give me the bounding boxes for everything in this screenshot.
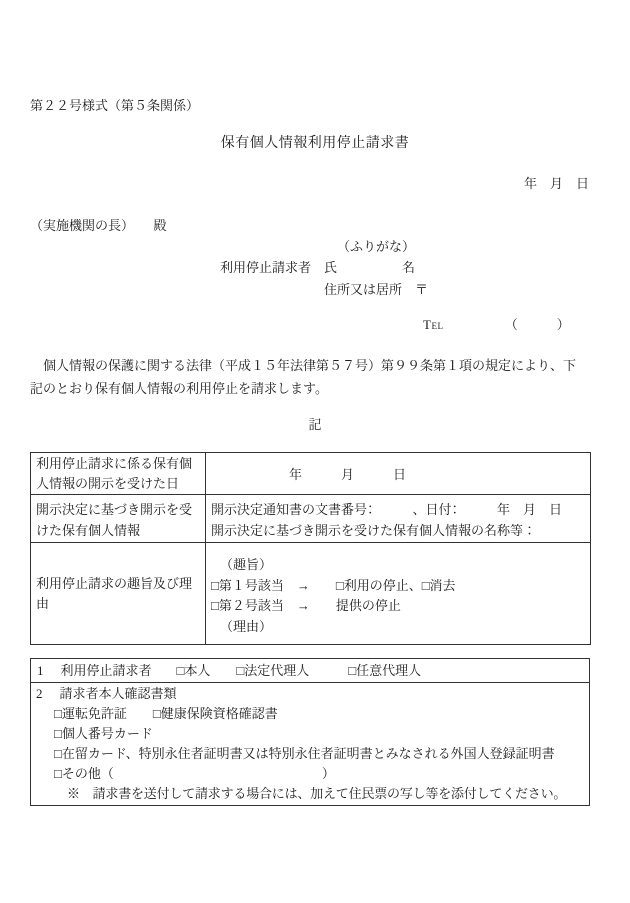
row-header-disclosure-date: 利用停止請求に係る保有個人情報の開示を受けた日	[31, 453, 206, 495]
body-paragraph-line-1: 個人情報の保護に関する法律（平成１５年法律第５７号）第９９条第１項の規定により、…	[30, 355, 576, 378]
checkbox-option-self: □本人	[177, 663, 211, 678]
requester-type-cell: 1利用停止請求者□本人□法定代理人□任意代理人	[31, 659, 590, 683]
identity-documents-label: 請求者本人確認書類	[60, 686, 177, 701]
checkbox-line-residence-card: □在留カード、特別永住者証明書又は特別永住者証明書とみなされる外国人登録証明書	[54, 744, 584, 764]
identity-documents-cell: 2請求者本人確認書類 □運転免許証 □健康保険資格確認書 □個人番号カード □在…	[31, 683, 590, 806]
purpose-heading: （趣旨）	[211, 555, 585, 576]
mailing-note: ※ 請求書を送付して請求する場合には、加えて住民票の写し等を添付してください。	[67, 784, 584, 804]
document-page: 第２２号様式（第５条関係） 保有個人情報利用停止請求書 年 月 日 （実施機関の…	[0, 0, 630, 903]
row-header-purpose-reason: 利用停止請求の趣旨及び理由	[31, 543, 206, 645]
disclosed-info-cell: 開示決定通知書の文書番号： 、日付： 年 月 日 開示決定に基づき開示を受けた保…	[206, 495, 591, 543]
table-row: 開示決定に基づき開示を受けた保有個人情報 開示決定通知書の文書番号： 、日付： …	[31, 495, 591, 543]
table-row: 利用停止請求に係る保有個人情報の開示を受けた日 年 月 日	[31, 453, 591, 495]
checkbox-line-mynumber-card: □個人番号カード	[54, 724, 584, 744]
checkbox-line-other: □その他（ ）	[54, 764, 584, 784]
requester-name-line: 利用停止請求者氏 名	[220, 257, 415, 276]
item-number-2: 2	[36, 684, 43, 704]
furigana-label: （ふりがな）	[337, 236, 415, 255]
item-number-1: 1	[37, 661, 44, 681]
page-title: 保有個人情報利用停止請求書	[0, 132, 630, 152]
tel-label: Tel	[423, 317, 443, 332]
name-field-label: 氏 名	[324, 260, 415, 275]
section-marker-ki: 記	[0, 414, 630, 433]
table-row: 利用停止請求の趣旨及び理由 （趣旨） □第１号該当 → □利用の停止、□消去 □…	[31, 543, 591, 645]
table-row: 1利用停止請求者□本人□法定代理人□任意代理人	[31, 659, 590, 683]
addressee-line: （実施機関の長） 殿	[30, 215, 167, 234]
tel-line: Tel （ ）	[423, 314, 570, 333]
requester-verification-table: 1利用停止請求者□本人□法定代理人□任意代理人 2請求者本人確認書類 □運転免許…	[30, 658, 590, 806]
address-field-label: 住所又は居所 〒	[324, 279, 428, 298]
checkbox-line-clause1: □第１号該当 → □利用の停止、□消去	[211, 576, 585, 597]
form-number: 第２２号様式（第５条関係）	[30, 95, 199, 114]
identity-documents-heading: 2請求者本人確認書類	[36, 684, 584, 704]
checkbox-line-drivers-license: □運転免許証 □健康保険資格確認書	[54, 704, 584, 724]
checkbox-option-legal-rep: □法定代理人	[236, 663, 309, 678]
disclosure-date-blank: 年 月 日	[289, 464, 585, 483]
body-paragraph: 個人情報の保護に関する法律（平成１５年法律第５７号）第９９条第１項の規定により、…	[30, 355, 576, 400]
request-details-table: 利用停止請求に係る保有個人情報の開示を受けた日 年 月 日 開示決定に基づき開示…	[30, 452, 591, 645]
checkbox-line-clause2: □第２号該当 → 提供の停止	[211, 596, 585, 617]
disclosure-date-cell: 年 月 日	[206, 453, 591, 495]
row-header-disclosed-info: 開示決定に基づき開示を受けた保有個人情報	[31, 495, 206, 543]
date-line: 年 月 日	[0, 173, 630, 192]
tel-area-code-parens: （ ）	[505, 317, 570, 332]
reason-heading: （理由）	[211, 617, 585, 638]
requester-role-label: 利用停止請求者	[220, 260, 311, 275]
table-row: 2請求者本人確認書類 □運転免許証 □健康保険資格確認書 □個人番号カード □在…	[31, 683, 590, 806]
disclosure-notice-number-line: 開示決定通知書の文書番号： 、日付： 年 月 日	[211, 499, 585, 520]
checkbox-option-voluntary-rep: □任意代理人	[348, 663, 421, 678]
purpose-reason-cell: （趣旨） □第１号該当 → □利用の停止、□消去 □第２号該当 → 提供の停止 …	[206, 543, 591, 645]
requester-type-label: 利用停止請求者	[61, 663, 152, 678]
disclosed-info-name-line: 開示決定に基づき開示を受けた保有個人情報の名称等：	[211, 520, 585, 541]
body-paragraph-line-2: 記のとおり保有個人情報の利用停止を請求します。	[30, 378, 576, 401]
